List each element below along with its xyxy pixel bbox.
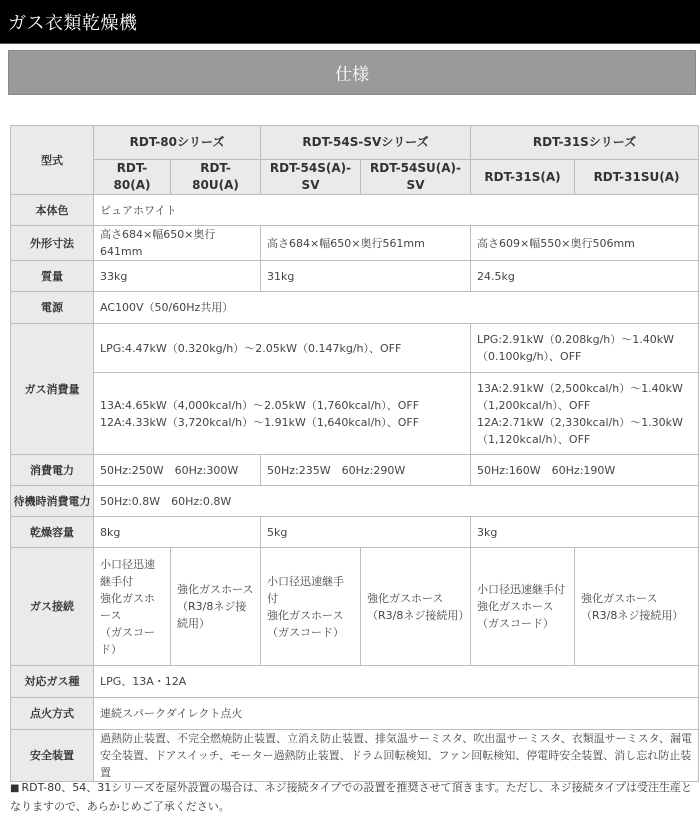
value-ignition: 連続スパークダイレクト点火 (94, 698, 699, 730)
page-header: ガス衣類乾燥機 (0, 0, 700, 44)
series-rdt80: RDT-80シリーズ (94, 126, 261, 160)
value-dimensions-54: 高さ684×幅650×奥行561mm (261, 226, 471, 261)
series-rdt54: RDT-54S-SVシリーズ (261, 126, 471, 160)
value-gas-connection-rdt54sua: 強化ガスホース （R3/8ネジ接続用） (361, 548, 471, 666)
row-standby-power: 待機時消費電力 50Hz:0.8W 60Hz:0.8W (11, 486, 699, 517)
value-capacity-54: 5kg (261, 517, 471, 548)
value-gas-type: LPG、13A・12A (94, 666, 699, 698)
row-ignition: 点火方式 連続スパークダイレクト点火 (11, 698, 699, 730)
row-color: 本体色 ピュアホワイト (11, 195, 699, 226)
label-color: 本体色 (11, 195, 94, 226)
model-rdt31sua: RDT-31SU(A) (575, 160, 699, 195)
model-rdt80ua: RDT-80U(A) (171, 160, 261, 195)
label-weight: 質量 (11, 261, 94, 292)
series-header-row: 型式 RDT-80シリーズ RDT-54S-SVシリーズ RDT-31Sシリーズ (11, 126, 699, 160)
label-dimensions: 外形寸法 (11, 226, 94, 261)
label-gas-consumption: ガス消費量 (11, 324, 94, 455)
model-rdt80a: RDT-80(A) (94, 160, 171, 195)
row-gas-consumption-city: 13A:4.65kW（4,000kcal/h）～2.05kW（1,760kcal… (11, 373, 699, 455)
footnote: ■RDT-80、54、31シリーズを屋外設置の場合は、ネジ接続タイプでの設置を推… (10, 779, 696, 816)
label-gas-connection: ガス接続 (11, 548, 94, 666)
value-gas-13a-80-54: 13A:4.65kW（4,000kcal/h）～2.05kW（1,760kcal… (100, 397, 464, 414)
row-gas-connection: ガス接続 小口径迅速継手付 強化ガスホース （ガスコード） 強化ガスホース （R… (11, 548, 699, 666)
label-safety: 安全装置 (11, 730, 94, 782)
value-power-54: 50Hz:235W 60Hz:290W (261, 455, 471, 486)
row-capacity: 乾燥容量 8kg 5kg 3kg (11, 517, 699, 548)
label-power-source: 電源 (11, 292, 94, 324)
value-weight-54: 31kg (261, 261, 471, 292)
value-gas-connection-rdt80a: 小口径迅速継手付 強化ガスホース （ガスコード） (94, 548, 171, 666)
value-gas-12a-31: 12A:2.71kW（2,330kcal/h）～1.30kW（1,120kcal… (477, 414, 692, 448)
row-safety: 安全装置 過熱防止装置、不完全燃焼防止装置、立消え防止装置、排気温サーミスタ、吹… (11, 730, 699, 782)
row-power-consumption: 消費電力 50Hz:250W 60Hz:300W 50Hz:235W 60Hz:… (11, 455, 699, 486)
label-ignition: 点火方式 (11, 698, 94, 730)
value-weight-80: 33kg (94, 261, 261, 292)
value-capacity-80: 8kg (94, 517, 261, 548)
row-weight: 質量 33kg 31kg 24.5kg (11, 261, 699, 292)
model-rdt31sa: RDT-31S(A) (471, 160, 575, 195)
value-gas-connection-rdt54sa: 小口径迅速継手付 強化ガスホース （ガスコード） (261, 548, 361, 666)
value-gas-lpg-31: LPG:2.91kW（0.208kg/h）～1.40kW（0.100kg/h）、… (471, 324, 699, 373)
value-color: ピュアホワイト (94, 195, 699, 226)
label-standby-power: 待機時消費電力 (11, 486, 94, 517)
value-power-80: 50Hz:250W 60Hz:300W (94, 455, 261, 486)
value-dimensions-80: 高さ684×幅650×奥行641mm (94, 226, 261, 261)
square-bullet-icon: ■ (10, 783, 19, 794)
row-gas-type: 対応ガス種 LPG、13A・12A (11, 666, 699, 698)
value-standby-power: 50Hz:0.8W 60Hz:0.8W (94, 486, 699, 517)
model-rdt54sa: RDT-54S(A)-SV (261, 160, 361, 195)
value-power-31: 50Hz:160W 60Hz:190W (471, 455, 699, 486)
value-dimensions-31: 高さ609×幅550×奥行506mm (471, 226, 699, 261)
value-gas-connection-rdt31sua: 強化ガスホース （R3/8ネジ接続用） (575, 548, 699, 666)
label-capacity: 乾燥容量 (11, 517, 94, 548)
value-gas-12a-80-54: 12A:4.33kW（3,720kcal/h）～1.91kW（1,640kcal… (100, 414, 464, 431)
row-dimensions: 外形寸法 高さ684×幅650×奥行641mm 高さ684×幅650×奥行561… (11, 226, 699, 261)
model-label: 型式 (11, 126, 94, 195)
series-rdt31: RDT-31Sシリーズ (471, 126, 699, 160)
row-gas-consumption-lpg: ガス消費量 LPG:4.47kW（0.320kg/h）～2.05kW（0.147… (11, 324, 699, 373)
label-power-consumption: 消費電力 (11, 455, 94, 486)
spec-table: 型式 RDT-80シリーズ RDT-54S-SVシリーズ RDT-31Sシリーズ… (10, 125, 699, 782)
value-gas-13a-31: 13A:2.91kW（2,500kcal/h）～1.40kW（1,200kcal… (477, 380, 692, 414)
model-header-row: RDT-80(A) RDT-80U(A) RDT-54S(A)-SV RDT-5… (11, 160, 699, 195)
value-power-source: AC100V（50/60Hz共用） (94, 292, 699, 324)
label-gas-type: 対応ガス種 (11, 666, 94, 698)
value-gas-lpg-80-54: LPG:4.47kW（0.320kg/h）～2.05kW（0.147kg/h）、… (94, 324, 471, 373)
section-title-spec: 仕様 (8, 50, 696, 95)
value-gas-city-31: 13A:2.91kW（2,500kcal/h）～1.40kW（1,200kcal… (471, 373, 699, 455)
value-gas-city-80-54: 13A:4.65kW（4,000kcal/h）～2.05kW（1,760kcal… (94, 373, 471, 455)
footnote-text: RDT-80、54、31シリーズを屋外設置の場合は、ネジ接続タイプでの設置を推奨… (10, 781, 692, 813)
model-rdt54sua: RDT-54SU(A)-SV (361, 160, 471, 195)
value-capacity-31: 3kg (471, 517, 699, 548)
page-title: ガス衣類乾燥機 (8, 9, 138, 35)
value-weight-31: 24.5kg (471, 261, 699, 292)
row-power-source: 電源 AC100V（50/60Hz共用） (11, 292, 699, 324)
value-gas-connection-rdt80ua: 強化ガスホース （R3/8ネジ接続用） (171, 548, 261, 666)
value-safety: 過熱防止装置、不完全燃焼防止装置、立消え防止装置、排気温サーミスタ、吹出温サーミ… (94, 730, 699, 782)
value-gas-connection-rdt31sa: 小口径迅速継手付 強化ガスホース （ガスコード） (471, 548, 575, 666)
